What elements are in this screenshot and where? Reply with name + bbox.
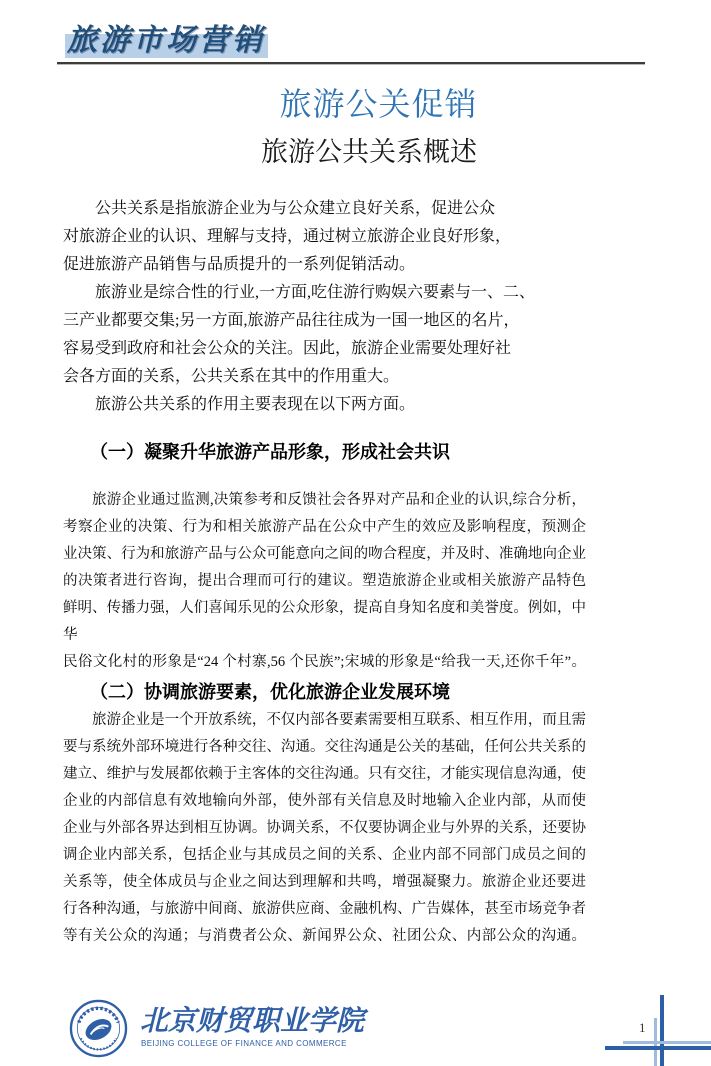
page-subtitle: 旅游公共关系概述 <box>27 136 711 168</box>
intro-block: 公共关系是指旅游企业为与公众建立良好关系，促进公众 对旅游企业的认识、理解与支持… <box>63 195 545 419</box>
corner-accent-horizontal-light <box>623 1041 711 1044</box>
page-number: 1 <box>639 1020 646 1036</box>
section-heading-2: （二）协调旅游要素，优化旅游企业发展环境 <box>90 680 450 704</box>
college-name-chinese: 北京财贸职业学院 <box>140 1004 364 1038</box>
college-name-english: BEIJING COLLEGE OF FINANCE AND COMMERCE <box>141 1039 347 1048</box>
header-divider <box>57 62 645 64</box>
course-title: 旅游市场营销 <box>67 24 265 58</box>
section-heading-1: （一）凝聚升华旅游产品形象，形成社会共识 <box>90 440 450 464</box>
section-body-2: 旅游企业是一个开放系统，不仅内部各要素需要相互联系、相互作用，而且需 要与系统外… <box>63 707 586 950</box>
page-title: 旅游公关促销 <box>46 85 711 123</box>
document-page: 旅游市场营销 旅游公关促销 旅游公共关系概述 公共关系是指旅游企业为与公众建立良… <box>0 0 711 1066</box>
section-body-1: 旅游企业通过监测,决策参考和反馈社会各界对产品和企业的认识,综合分析， 考察企业… <box>63 487 586 676</box>
intro-paragraph-3: 旅游公共关系的作用主要表现在以下两方面。 <box>63 391 545 419</box>
intro-paragraph-1: 公共关系是指旅游企业为与公众建立良好关系，促进公众 对旅游企业的认识、理解与支持… <box>63 195 545 279</box>
college-seal-icon <box>69 999 128 1058</box>
intro-paragraph-2: 旅游业是综合性的行业,一方面,吃住游行购娱六要素与一、二、 三产业都要交集;另一… <box>63 279 545 391</box>
corner-accent-horizontal-dark <box>605 1046 711 1050</box>
corner-accent-vertical-dark <box>660 995 664 1066</box>
